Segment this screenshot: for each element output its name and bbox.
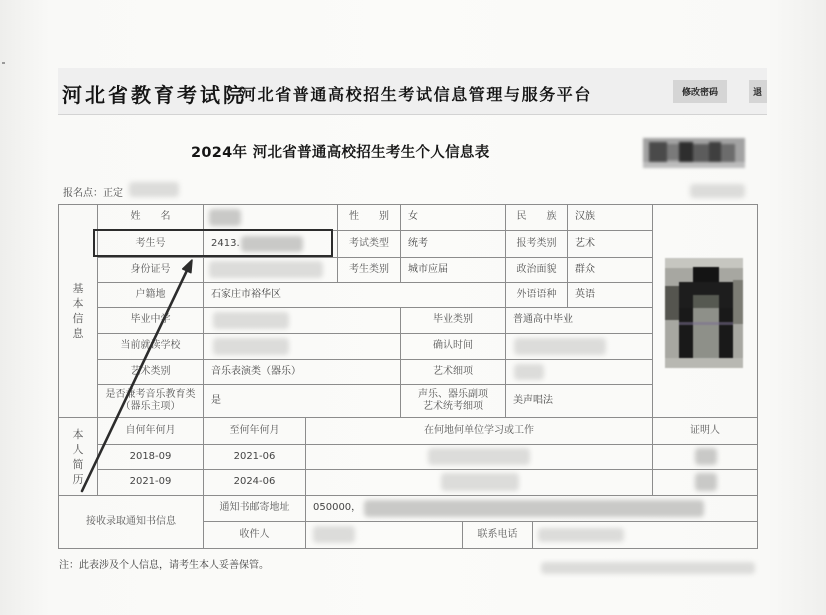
candidate-photo-redacted [665,258,743,368]
vocal-instrument-minor-value: 美声唱法 [506,385,653,418]
art-subitem-label: 艺术细项 [401,360,506,385]
art-subitem-value [506,360,653,385]
section-label-text: 本人简历 [73,427,84,487]
redacted-value [514,364,544,380]
exam-number-highlight-box [93,229,333,257]
graduation-category-value: 普通高中毕业 [506,308,653,334]
music-education-label: 是否兼考音乐教育类 （器乐主项） [98,385,204,418]
mailing-address-value: 050000， [306,496,758,522]
redacted-value [209,261,323,278]
resume-row-2-witness [653,470,758,496]
platform-name: 河北省普通高校招生考试信息管理与服务平台 [240,82,592,105]
resume-row-1-to: 2021-06 [204,445,306,470]
art-category-value: 音乐表演类（器乐） [204,360,401,385]
app-header: 河北省教育考试院 河北省普通高校招生考试信息管理与服务平台 修改密码 退 [58,68,767,115]
name-value [204,205,338,231]
resume-row-2-to: 2024-06 [204,470,306,496]
redacted-mark [690,184,745,198]
confirmation-time-label: 确认时间 [401,334,506,360]
ethnicity-label: 民 族 [506,205,568,231]
redacted-value [428,448,530,465]
resume-row-1-place [306,445,653,470]
music-education-value: 是 [204,385,401,418]
redacted-value [364,500,704,517]
redacted-value [514,338,606,355]
redacted-value [213,338,289,355]
barcode-redacted [643,138,745,168]
foreign-language-label: 外语语种 [506,283,568,308]
candidate-category-value: 城市应届 [401,258,506,283]
gender-value: 女 [401,205,506,231]
resume-col-to: 至何年何月 [204,418,306,445]
resume-col-witness: 证明人 [653,418,758,445]
id-number-label: 身份证号 [98,258,204,283]
application-category-label: 报考类别 [506,231,568,258]
political-status-label: 政治面貌 [506,258,568,283]
registration-site-redacted [129,182,179,197]
resume-col-from: 自何年何月 [98,418,204,445]
resume-row-1-witness [653,445,758,470]
graduation-category-label: 毕业类别 [401,308,506,334]
registration-site: 报名点：正定 [63,184,123,199]
redacted-value [695,448,717,465]
resume-section-label: 本人简历 [59,418,98,496]
current-school-value [204,334,401,360]
recipient-label: 收件人 [204,522,306,549]
resume-row-2-place [306,470,653,496]
resume-col-place: 在何地何单位学习或工作 [306,418,653,445]
gender-label: 性 别 [338,205,401,231]
redacted-value [538,528,624,542]
application-category-value: 艺术 [568,231,653,258]
redacted-value [209,209,241,226]
confirmation-time-value [506,334,653,360]
id-number-value [204,258,338,283]
footer-redacted [541,562,755,574]
change-password-button[interactable]: 修改密码 [673,80,727,103]
vocal-instrument-minor-label: 声乐、器乐副项 艺术统考细项 [401,385,506,418]
exam-type-value: 统考 [401,231,506,258]
logout-button[interactable]: 退 [749,80,767,103]
recipient-value [306,522,463,549]
resume-row-1-from: 2018-09 [98,445,204,470]
section-label-text: 基本信息 [73,281,84,341]
redacted-value [441,473,519,491]
exam-type-label: 考试类型 [338,231,401,258]
redacted-value [213,312,289,329]
redacted-value [695,473,717,491]
photo-cell [653,205,758,418]
graduated-school-label: 毕业中学 [98,308,204,334]
form-title: 2024年 河北省普通高校招生考生个人信息表 [191,141,490,162]
privacy-note: 注：此表涉及个人信息，请考生本人妥善保管。 [59,556,269,571]
scan-mark [2,62,5,64]
resume-row-2-from: 2021-09 [98,470,204,496]
phone-value [533,522,758,549]
ethnicity-value: 汉族 [568,205,653,231]
foreign-language-value: 英语 [568,283,653,308]
mailing-address-label: 通知书邮寄地址 [204,496,306,522]
graduated-school-value [204,308,401,334]
mailing-address-text: 050000， [313,502,361,515]
current-school-label: 当前就读学校 [98,334,204,360]
art-category-label: 艺术类别 [98,360,204,385]
org-name: 河北省教育考试院 [62,79,246,108]
political-status-value: 群众 [568,258,653,283]
phone-label: 联系电话 [463,522,533,549]
household-value: 石家庄市裕华区 [204,283,506,308]
candidate-category-label: 考生类别 [338,258,401,283]
redacted-value [313,526,355,543]
admission-notice-section-label: 接收录取通知书信息 [59,496,204,549]
household-label: 户籍地 [98,283,204,308]
name-label: 姓 名 [98,205,204,231]
